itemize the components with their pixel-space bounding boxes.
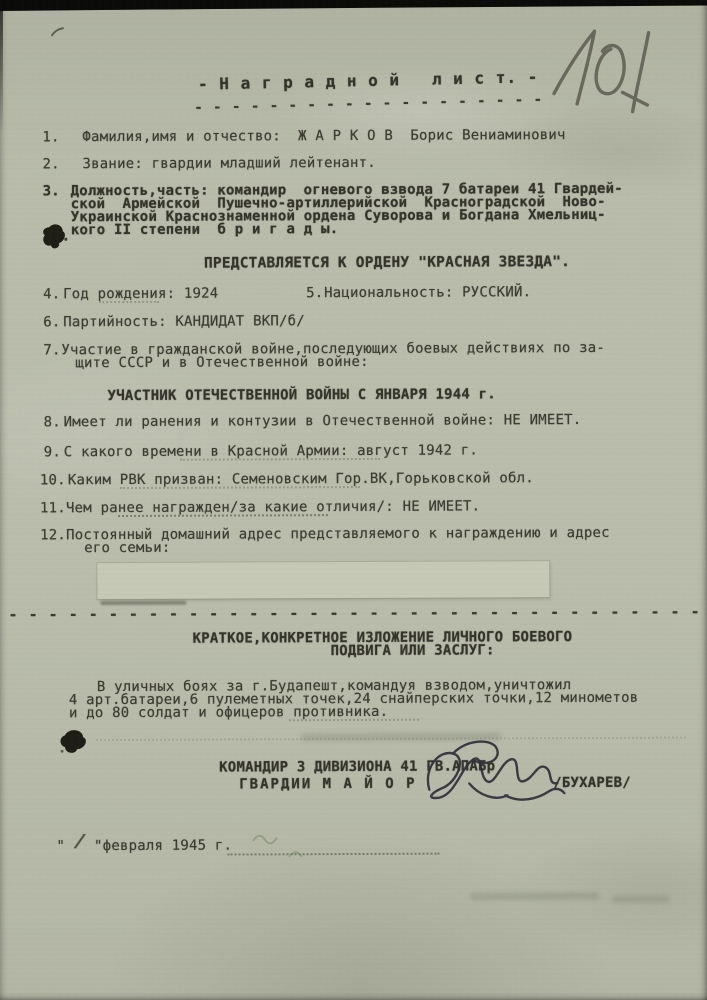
green-pencil-marks [249,830,329,864]
item-8-number: 8. [44,415,61,430]
war-heading: УЧАСТНИК ОТЕЧЕСТВЕННОЙ ВОЙНЫ С ЯНВАРЯ 19… [108,387,496,404]
title-underline: - - - - - - - - - - - - - - - - - - - [194,93,543,116]
item-2-number: 2. [43,157,60,172]
item-12-number: 12. [40,528,66,543]
scanned-award-document: 101 - Н а г р а д н о й л и с т. - - - -… [0,0,707,1000]
item-5-text: Национальность: РУССКИЙ. [324,285,531,301]
item-2-text: Звание: гвардии младший лейтенант. [83,156,376,172]
small-ink-mark [50,25,66,39]
underline-rvk [120,474,360,489]
item-11-number: 11. [40,501,66,516]
award-heading: ПРЕДСТАВЛЯЕТСЯ К ОРДЕНУ "КРАСНАЯ ЗВЕЗДА"… [204,255,570,272]
ink-blot-2 [57,725,91,755]
item-7-line-2: щите СССР и в Отечественной войне: [75,355,368,371]
item-8-text: Имеет ли ранения и контузии в Отечествен… [64,413,582,430]
underline-enemy [289,707,419,722]
date-rest: "февраля 1945 г. [85,838,232,855]
document-content: 101 - Н а г р а д н о й л и с т. - - - -… [0,0,707,1000]
date-line: " / "февраля 1945 г. [56,837,232,855]
commander-line-2: ГВАРДИИ М А Й О Р [239,777,416,793]
redaction-box [97,561,549,599]
item-3-line-4: кого II степени б р и г а д ы. [71,222,339,238]
item-3-number: 3. [43,184,60,199]
item-6-text: Партийность: КАНДИДАТ ВКП/б/ [63,314,305,330]
item-1-number: 1. [42,130,59,145]
ink-blot-1 [39,219,71,253]
item-4-number: 4. [43,287,60,302]
item-5-number: 5. [306,286,323,301]
underline-army-date [180,446,380,461]
date-handwritten-day: / [73,833,87,850]
item-10-number: 10. [40,473,66,488]
bleed-through-smudge-2 [470,892,600,901]
bleed-through-smudge-3 [612,896,670,903]
item-1-text: Фамилия,имя и отчество: Ж А Р К О В Бори… [82,128,565,145]
document-title: - Н а г р а д н о й л и с т. - [198,69,538,91]
feat-heading-line-2: ПОДВИГА ИЛИ ЗАСЛУГ: [331,643,495,659]
underline-no-awards [118,502,328,517]
item-7-number: 7. [43,343,60,358]
item-6-number: 6. [43,315,60,330]
date-open-quote: " [56,838,73,854]
underline-birth-year [99,289,159,303]
separator-line: - - - - - - - - - - - - - - - - - - - - … [8,604,707,622]
item-9-number: 9. [44,445,61,460]
signature-ink [409,737,569,814]
item-12-line-2: его семьи: [84,541,170,556]
